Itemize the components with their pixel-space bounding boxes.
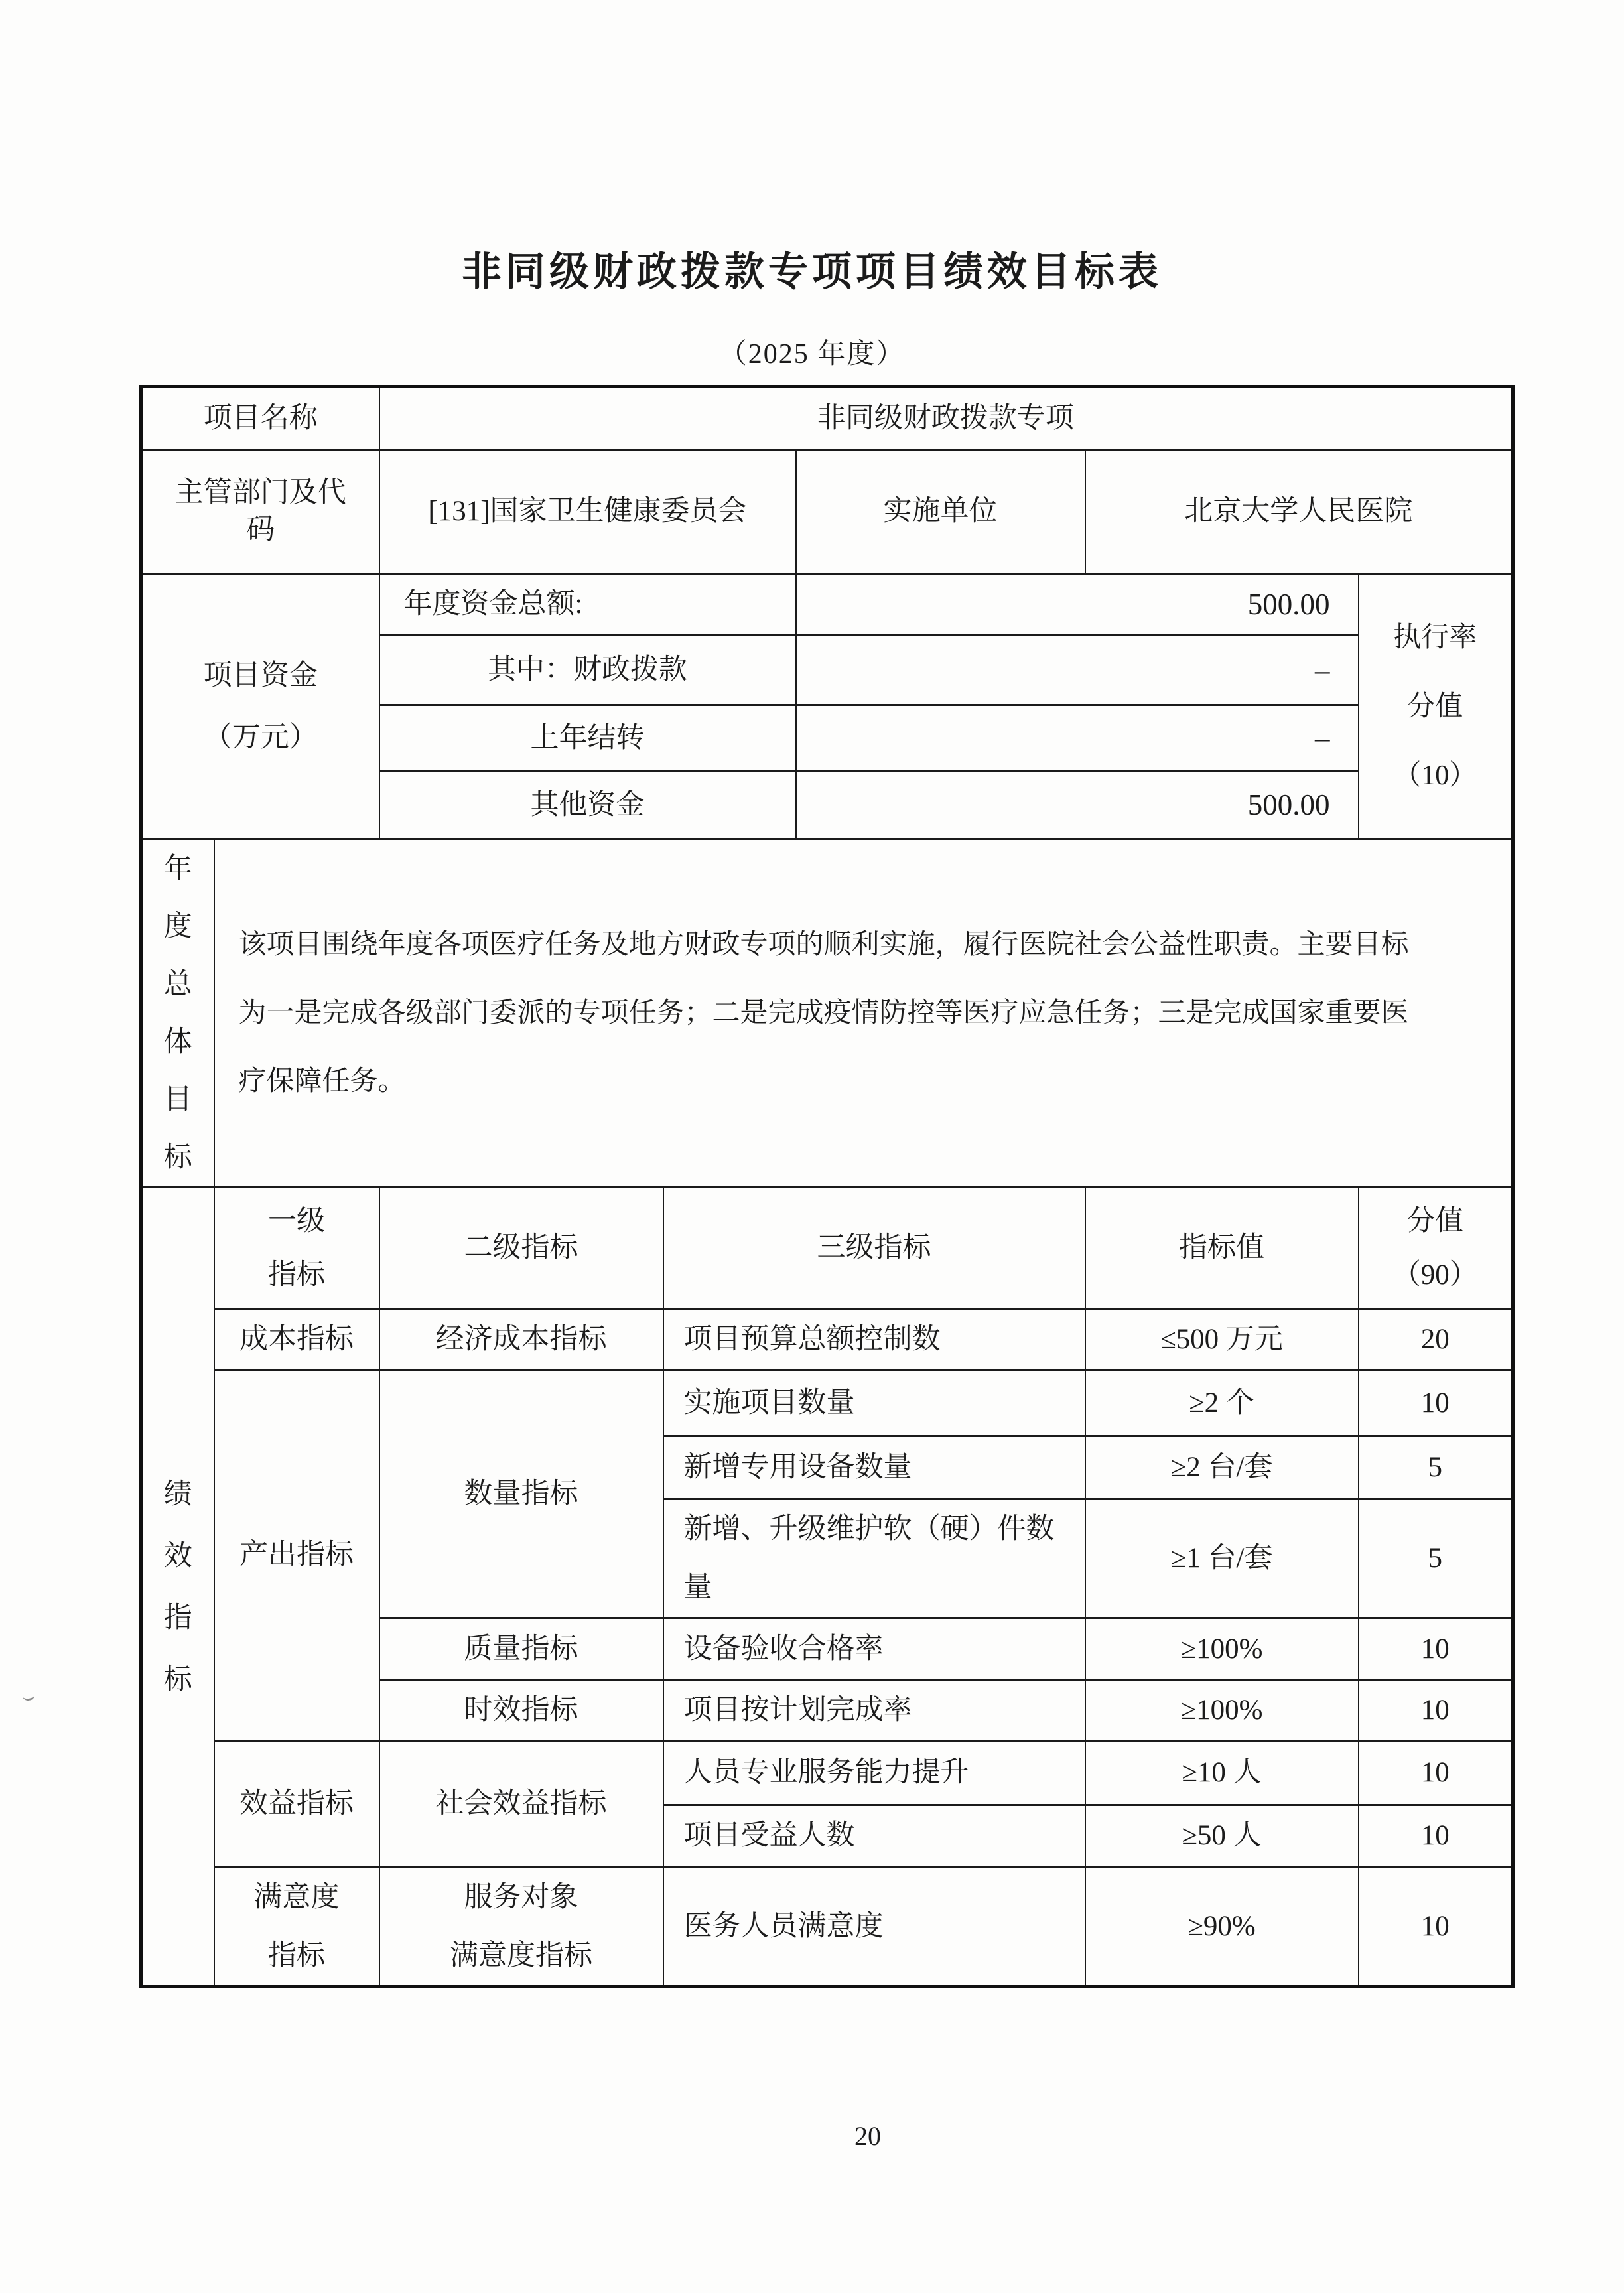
table-row: 效益指标 社会效益指标 人员专业服务能力提升 ≥10 人 10 [141, 1741, 1513, 1805]
header-level2: 二级指标 [379, 1188, 663, 1309]
table-row: 项目名称 非同级财政拨款专项 [141, 387, 1513, 450]
benefit-row-value: ≥50 人 [1085, 1805, 1359, 1867]
table-row: 满意度 指标 服务对象 满意度指标 医务人员满意度 ≥90% 10 [141, 1867, 1513, 1987]
project-funds-label: 项目资金 （万元） [141, 574, 379, 839]
page-subtitle: （2025 年度） [0, 332, 1624, 372]
annual-goal-text: 该项目围绕年度各项医疗任务及地方财政专项的顺利实施，履行医院社会公益性职责。主要… [214, 839, 1513, 1188]
funding-other-value: 500.00 [796, 772, 1359, 839]
cost-level3: 项目预算总额控制数 [663, 1309, 1085, 1370]
timeliness-value: ≥100% [1085, 1681, 1359, 1741]
dept-code-label: 主管部门及代 码 [141, 450, 379, 574]
quantity-row-value: ≥1 台/套 [1085, 1499, 1359, 1618]
quantity-row-score: 5 [1359, 1436, 1513, 1499]
quantity-row-score: 5 [1359, 1499, 1513, 1618]
header-indicator-value: 指标值 [1085, 1188, 1359, 1309]
cost-level2: 经济成本指标 [379, 1309, 663, 1370]
timeliness-level3: 项目按计划完成率 [663, 1681, 1085, 1741]
project-name-label: 项目名称 [141, 387, 379, 450]
benefit-row-value: ≥10 人 [1085, 1741, 1359, 1805]
page-number: 20 [854, 2120, 881, 2152]
page-title: 非同级财政拨款专项项目绩效目标表 [0, 240, 1624, 297]
benefit-level2: 社会效益指标 [379, 1741, 663, 1867]
benefit-row-level3: 人员专业服务能力提升 [663, 1741, 1085, 1805]
satisfaction-value: ≥90% [1085, 1867, 1359, 1987]
quantity-row-value: ≥2 台/套 [1085, 1436, 1359, 1499]
implementing-unit-value: 北京大学人民医院 [1085, 450, 1513, 574]
annual-goal-vertical-label: 年 度 总 体 目 标 [141, 839, 214, 1188]
quantity-row-level3: 实施项目数量 [663, 1370, 1085, 1436]
performance-indicators-vertical-label: 绩 效 指 标 [141, 1188, 214, 1987]
project-name-value: 非同级财政拨款专项 [379, 387, 1513, 450]
funding-fiscal-label: 其中：财政拨款 [379, 636, 796, 705]
dept-code-value: [131]国家卫生健康委员会 [379, 450, 796, 574]
table-row: 绩 效 指 标 一级 指标 二级指标 三级指标 指标值 分值 （90） [141, 1188, 1513, 1309]
funding-total-label: 年度资金总额: [379, 574, 796, 636]
quality-value: ≥100% [1085, 1618, 1359, 1681]
execution-rate-score-label: 执行率 分值 （10） [1359, 574, 1513, 839]
table-row: 主管部门及代 码 [131]国家卫生健康委员会 实施单位 北京大学人民医院 [141, 450, 1513, 574]
implementing-unit-label: 实施单位 [796, 450, 1085, 574]
timeliness-level2: 时效指标 [379, 1681, 663, 1741]
scan-speck-artifact [22, 1690, 35, 1701]
benefit-row-score: 10 [1359, 1805, 1513, 1867]
quantity-row-level3: 新增专用设备数量 [663, 1436, 1085, 1499]
funding-fiscal-value: – [796, 636, 1359, 705]
cost-value: ≤500 万元 [1085, 1309, 1359, 1370]
quality-level3: 设备验收合格率 [663, 1618, 1085, 1681]
header-level3: 三级指标 [663, 1188, 1085, 1309]
quantity-level2: 数量指标 [379, 1370, 663, 1618]
output-level1: 产出指标 [214, 1370, 379, 1741]
timeliness-score: 10 [1359, 1681, 1513, 1741]
table-row: 产出指标 数量指标 实施项目数量 ≥2 个 10 [141, 1370, 1513, 1436]
satisfaction-level2: 服务对象 满意度指标 [379, 1867, 663, 1987]
header-level1: 一级 指标 [214, 1188, 379, 1309]
benefit-row-level3: 项目受益人数 [663, 1805, 1085, 1867]
header-score: 分值 （90） [1359, 1188, 1513, 1309]
funding-carryover-value: – [796, 705, 1359, 772]
satisfaction-score: 10 [1359, 1867, 1513, 1987]
quantity-row-score: 10 [1359, 1370, 1513, 1436]
benefit-row-score: 10 [1359, 1741, 1513, 1805]
table-row: 年 度 总 体 目 标 该项目围绕年度各项医疗任务及地方财政专项的顺利实施，履行… [141, 839, 1513, 1188]
table-row: 项目资金 （万元） 年度资金总额: 500.00 执行率 分值 （10） [141, 574, 1513, 636]
cost-level1: 成本指标 [214, 1309, 379, 1370]
quality-score: 10 [1359, 1618, 1513, 1681]
satisfaction-level1: 满意度 指标 [214, 1867, 379, 1987]
satisfaction-level3: 医务人员满意度 [663, 1867, 1085, 1987]
quality-level2: 质量指标 [379, 1618, 663, 1681]
benefit-level1: 效益指标 [214, 1741, 379, 1867]
funding-carryover-label: 上年结转 [379, 705, 796, 772]
performance-target-table-wrap: 项目名称 非同级财政拨款专项 主管部门及代 码 [131]国家卫生健康委员会 实… [139, 385, 1515, 1988]
cost-score: 20 [1359, 1309, 1513, 1370]
funding-other-label: 其他资金 [379, 772, 796, 839]
table-row: 成本指标 经济成本指标 项目预算总额控制数 ≤500 万元 20 [141, 1309, 1513, 1370]
document-page: 非同级财政拨款专项项目绩效目标表 （2025 年度） 项目名称 非同级财政拨款专… [0, 0, 1624, 2293]
quantity-row-value: ≥2 个 [1085, 1370, 1359, 1436]
funding-total-value: 500.00 [796, 574, 1359, 636]
quantity-row-level3: 新增、升级维护软（硬）件数 量 [663, 1499, 1085, 1618]
performance-target-table: 项目名称 非同级财政拨款专项 主管部门及代 码 [131]国家卫生健康委员会 实… [139, 385, 1515, 1988]
